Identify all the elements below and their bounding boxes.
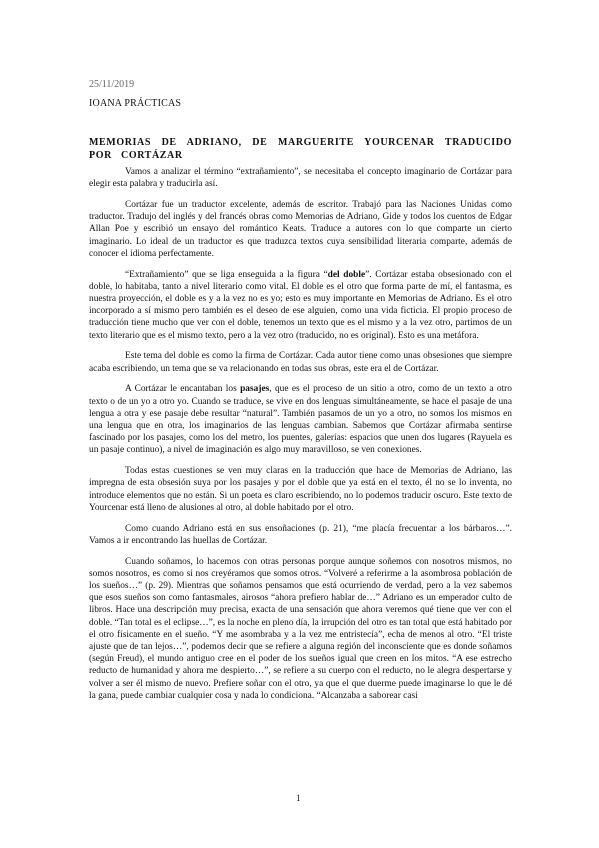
page-number: 1 <box>296 793 301 803</box>
paragraph: Cortázar fue un traductor excelente, ade… <box>89 199 512 260</box>
paragraph: Este tema del doble es como la firma de … <box>89 350 512 374</box>
document-body: Vamos a analizar el término “extrañamien… <box>89 166 512 711</box>
paragraph: A Cortázar le encantaban los pasajes, qu… <box>89 383 512 456</box>
document-date: 25/11/2019 <box>89 79 134 90</box>
document-page: 25/11/2019 IOANA PRÁCTICAS MEMORIAS DE A… <box>0 0 599 848</box>
paragraph: Como cuando Adriano está en sus ensoñaci… <box>89 523 512 547</box>
paragraph: Vamos a analizar el término “extrañamien… <box>89 166 512 190</box>
paragraph: Cuando soñamos, lo hacemos con otras per… <box>89 556 512 702</box>
bold-term: del doble <box>328 270 365 280</box>
document-author: IOANA PRÁCTICAS <box>89 98 181 109</box>
document-title: MEMORIAS DE ADRIANO, DE MARGUERITE YOURC… <box>89 137 512 162</box>
paragraph: “Extrañamiento” que se liga enseguida a … <box>89 269 512 342</box>
bold-term: pasajes <box>240 384 269 394</box>
paragraph: Todas estas cuestiones se ven muy claras… <box>89 465 512 514</box>
